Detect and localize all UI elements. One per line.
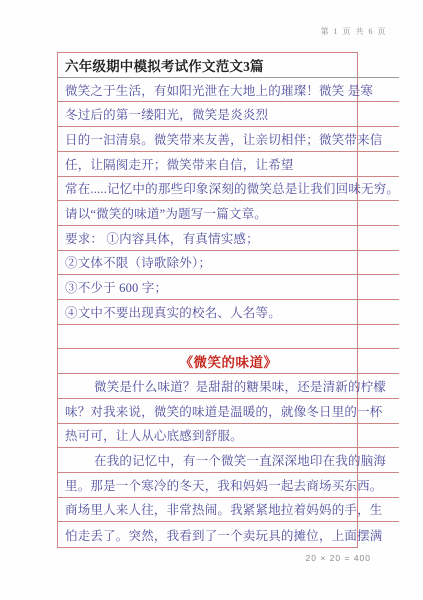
document-page: 第 1 页 共 6 页 六年级期中模拟考试作文范文3篇 微笑之于生活，有如阳光泄… xyxy=(0,0,423,600)
text-row: 常在.....记忆中的那些印象深刻的微笑总是让我们回味无穷。 xyxy=(58,177,399,202)
row-text: 微笑之于生活，有如阳光泄在大地上的璀璨！微笑 是寒 xyxy=(65,81,373,99)
row-text: 常在.....记忆中的那些印象深刻的微笑总是让我们回味无穷。 xyxy=(65,179,399,197)
text-row: 《微笑的味道》 xyxy=(58,349,399,374)
row-text: 六年级期中模拟考试作文范文3篇 xyxy=(65,55,264,75)
row-text: 《微笑的味道》 xyxy=(180,351,278,371)
text-row: 日的一汩清泉。微笑带来友善，让亲切相伴；微笑带来信 xyxy=(58,127,399,152)
grid-size-note: 20 × 20 = 400 xyxy=(306,553,371,563)
text-row: 商场里人来人往，非常热闹。我紧紧地拉着妈妈的手，生 xyxy=(58,498,399,523)
text-row: 微笑之于生活，有如阳光泄在大地上的璀璨！微笑 是寒 xyxy=(58,78,399,103)
text-row: ③不少于 600 字； xyxy=(58,275,399,300)
row-text: 商场里人来人往，非常热闹。我紧紧地拉着妈妈的手，生 xyxy=(65,500,383,518)
text-row: ④文中不要出现真实的校名、人名等。 xyxy=(58,300,399,325)
row-text: 怕走丢了。突然，我看到了一个卖玩具的摊位，上面摆满 xyxy=(65,526,383,544)
row-text: 任，让隔阂走开；微笑带来自信，让希望 xyxy=(65,155,294,173)
text-row: ②文体不限（诗歌除外）； xyxy=(58,251,399,276)
text-row: 味？对我来说，微笑的味道是温暖的，就像冬日里的一杯 xyxy=(58,399,399,424)
row-text: 请以“微笑的味道”为题写一篇文章。 xyxy=(65,204,267,222)
page-number-indicator: 第 1 页 共 6 页 xyxy=(321,26,388,37)
text-row: 任，让隔阂走开；微笑带来自信，让希望 xyxy=(58,152,399,177)
row-text: 要求： ①内容具体，有真情实感； xyxy=(65,229,259,247)
text-row: 六年级期中模拟考试作文范文3篇 xyxy=(58,53,399,78)
row-text: 味？对我来说，微笑的味道是温暖的，就像冬日里的一杯 xyxy=(65,402,383,420)
row-text: 冬过后的第一缕阳光，微笑是炎炎烈 xyxy=(65,105,268,123)
row-text: 在我的记忆中，有一个微笑一直深深地印在我的脑海 xyxy=(94,451,386,469)
text-row: 请以“微笑的味道”为题写一篇文章。 xyxy=(58,201,399,226)
text-row: 热可可，让人从心底感到舒服。 xyxy=(58,424,399,449)
row-text: ③不少于 600 字； xyxy=(65,278,167,296)
text-row: 要求： ①内容具体，有真情实感； xyxy=(58,226,399,251)
row-text: ②文体不限（诗歌除外）； xyxy=(65,253,211,271)
row-text: ④文中不要出现真实的校名、人名等。 xyxy=(65,303,281,321)
text-row xyxy=(58,325,399,350)
text-row: 怕走丢了。突然，我看到了一个卖玩具的摊位，上面摆满 xyxy=(58,522,399,547)
row-text: 里。那是一个寒冷的冬天，我和妈妈一起去商场买东西。 xyxy=(65,476,383,494)
row-text: 日的一汩清泉。微笑带来友善，让亲切相伴；微笑带来信 xyxy=(65,130,383,148)
text-row: 冬过后的第一缕阳光，微笑是炎炎烈 xyxy=(58,102,399,127)
text-row: 在我的记忆中，有一个微笑一直深深地印在我的脑海 xyxy=(58,448,399,473)
text-row: 里。那是一个寒冷的冬天，我和妈妈一起去商场买东西。 xyxy=(58,473,399,498)
composition-grid-sheet: 六年级期中模拟考试作文范文3篇 微笑之于生活，有如阳光泄在大地上的璀璨！微笑 是… xyxy=(57,52,358,548)
row-text: 热可可，让人从心底感到舒服。 xyxy=(65,426,243,444)
text-row: 微笑是什么味道？是甜甜的糖果味，还是清新的柠檬 xyxy=(58,374,399,399)
row-text: 微笑是什么味道？是甜甜的糖果味，还是清新的柠檬 xyxy=(94,377,386,395)
